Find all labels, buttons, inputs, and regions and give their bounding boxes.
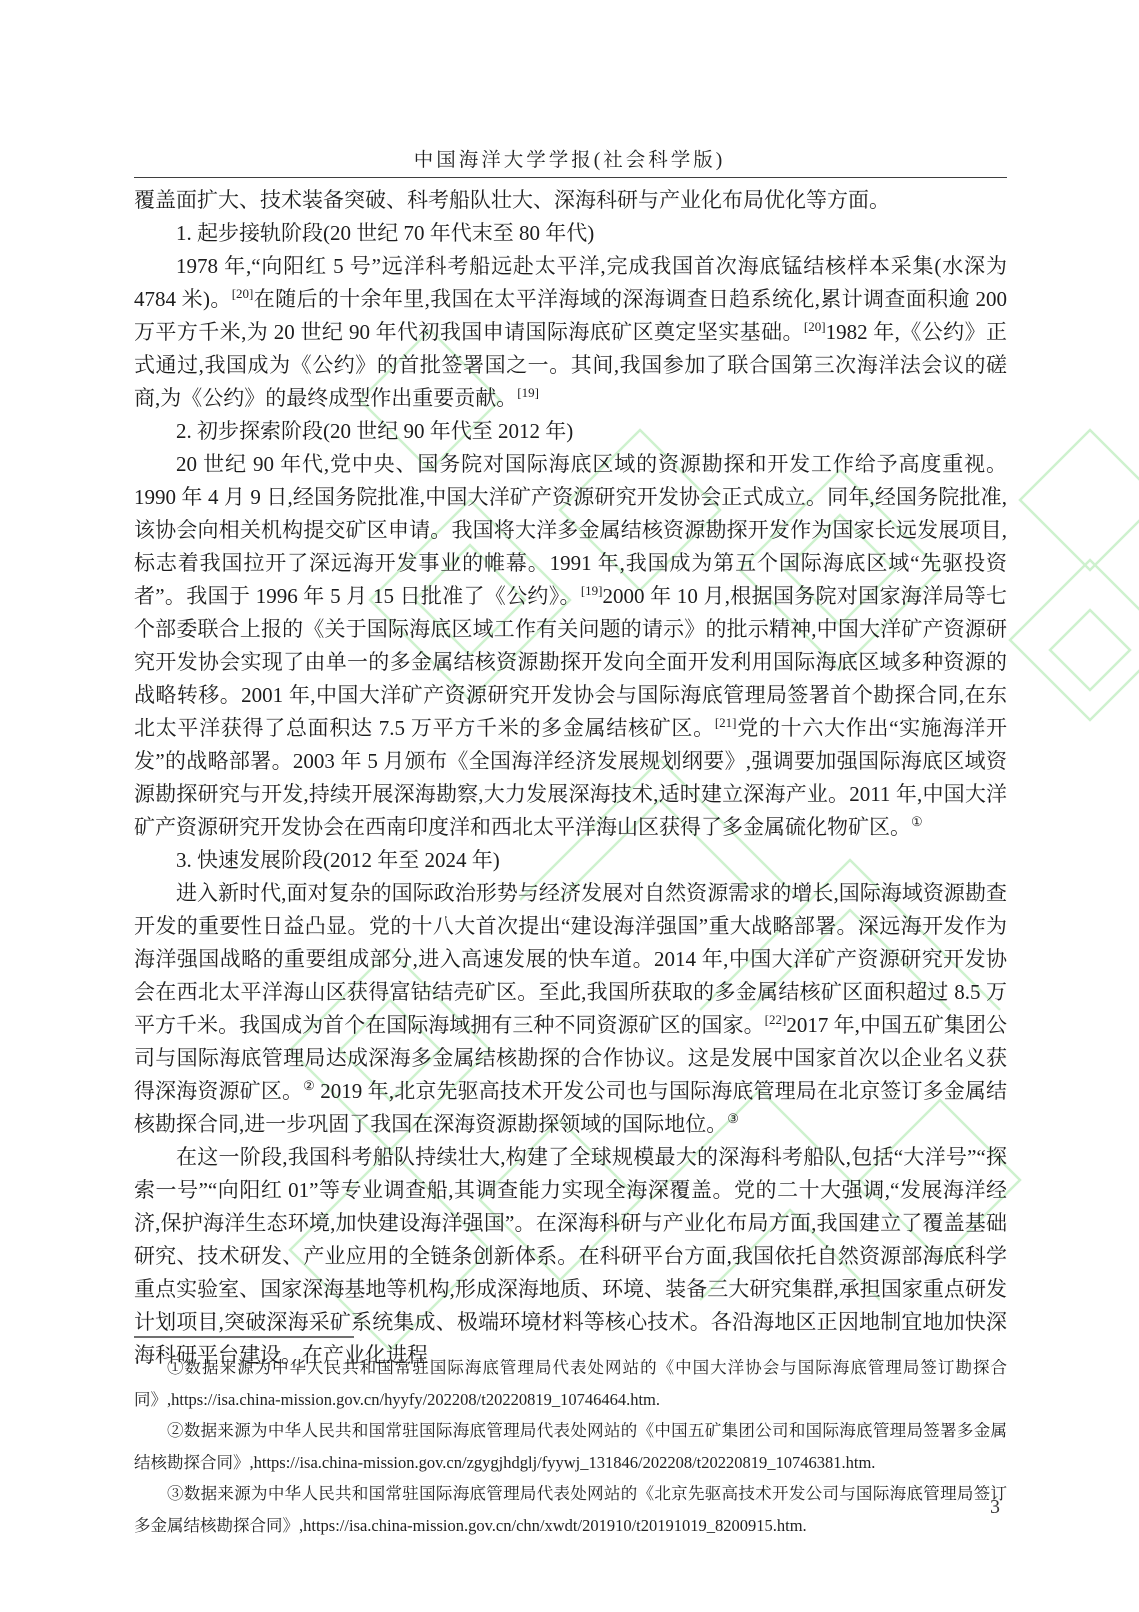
section-2-heading: 2. 初步探索阶段(20 世纪 90 年代至 2012 年)	[134, 415, 1007, 448]
footnotes: ①数据来源为中华人民共和国常驻国际海底管理局代表处网站的《中国大洋协会与国际海底…	[134, 1352, 1007, 1541]
section-1-paragraph: 1978 年,“向阳红 5 号”远洋科考船远赴太平洋,完成我国首次海底锰结核样本…	[134, 250, 1007, 415]
section-3-heading: 3. 快速发展阶段(2012 年至 2024 年)	[134, 844, 1007, 877]
footnote-1: ①数据来源为中华人民共和国常驻国际海底管理局代表处网站的《中国大洋协会与国际海底…	[134, 1352, 1007, 1415]
footnote-3: ③数据来源为中华人民共和国常驻国际海底管理局代表处网站的《北京先驱高技术开发公司…	[134, 1478, 1007, 1541]
journal-page: 中国海洋大学学报(社会科学版) 覆盖面扩大、技术装备突破、科考船队壮大、深海科研…	[0, 0, 1139, 1612]
section-3-paragraph-1: 进入新时代,面对复杂的国际政治形势与经济发展对自然资源需求的增长,国际海域资源勘…	[134, 877, 1007, 1141]
continuation-paragraph: 覆盖面扩大、技术装备突破、科考船队壮大、深海科研与产业化布局优化等方面。	[134, 184, 1007, 217]
header-divider	[134, 177, 1007, 178]
footnote-2: ②数据来源为中华人民共和国常驻国际海底管理局代表处网站的《中国五矿集团公司和国际…	[134, 1415, 1007, 1478]
article-body: 覆盖面扩大、技术装备突破、科考船队壮大、深海科研与产业化布局优化等方面。 1. …	[134, 184, 1007, 1372]
section-1-heading: 1. 起步接轨阶段(20 世纪 70 年代末至 80 年代)	[134, 217, 1007, 250]
journal-title: 中国海洋大学学报(社会科学版)	[0, 144, 1139, 172]
footnote-divider	[134, 1336, 354, 1338]
section-2-paragraph: 20 世纪 90 年代,党中央、国务院对国际海底区域的资源勘探和开发工作给予高度…	[134, 448, 1007, 844]
page-number: 3	[980, 1496, 1010, 1519]
